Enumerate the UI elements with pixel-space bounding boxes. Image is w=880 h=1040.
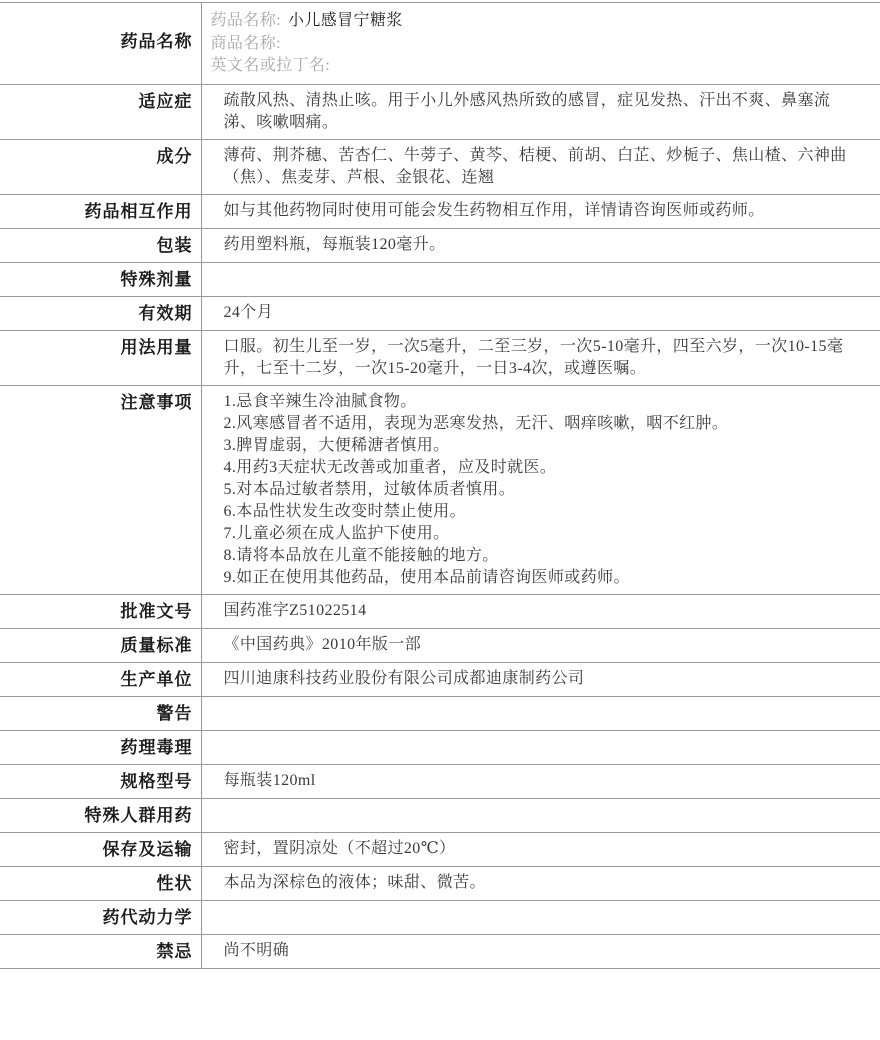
row-value (201, 696, 880, 730)
table-row: 药品名称药品名称:小儿感冒宁糖浆商品名称:英文名或拉丁名: (0, 3, 880, 85)
row-value: 尚不明确 (201, 934, 880, 968)
name-line: 英文名或拉丁名: (211, 55, 861, 78)
table-row: 保存及运输密封，置阴凉处（不超过20℃） (0, 832, 880, 866)
table-row: 警告 (0, 696, 880, 730)
row-value: 24个月 (201, 296, 880, 330)
precaution-line: 2.风寒感冒者不适用，表现为恶寒发热，无汗、咽痒咳嗽，咽不红肿。 (224, 413, 856, 435)
row-label: 特殊人群用药 (0, 798, 201, 832)
table-row: 性状本品为深棕色的液体；味甜、微苦。 (0, 866, 880, 900)
table-row: 有效期24个月 (0, 296, 880, 330)
field-prefix: 药品名称: (211, 12, 281, 29)
precaution-line: 9.如正在使用其他药品，使用本品前请咨询医师或药师。 (224, 567, 856, 589)
row-value: 药用塑料瓶，每瓶装120毫升。 (201, 228, 880, 262)
table-row: 生产单位四川迪康科技药业股份有限公司成都迪康制药公司 (0, 662, 880, 696)
drug-info-table: 药品名称药品名称:小儿感冒宁糖浆商品名称:英文名或拉丁名:适应症疏散风热、清热止… (0, 2, 880, 969)
row-value: 口服。初生儿至一岁，一次5毫升，二至三岁，一次5-10毫升，四至六岁，一次10-… (201, 330, 880, 385)
row-value: 本品为深棕色的液体；味甜、微苦。 (201, 866, 880, 900)
row-value (201, 730, 880, 764)
row-value: 如与其他药物同时使用可能会发生药物相互作用，详情请咨询医师或药师。 (201, 194, 880, 228)
drug-name-value: 小儿感冒宁糖浆 (288, 12, 403, 29)
precaution-line: 5.对本品过敏者禁用，过敏体质者慎用。 (224, 479, 856, 501)
precaution-line: 1.忌食辛辣生冷油腻食物。 (224, 391, 856, 413)
row-label: 性状 (0, 866, 201, 900)
precaution-line: 7.儿童必须在成人监护下使用。 (224, 523, 856, 545)
row-label: 质量标准 (0, 628, 201, 662)
table-row: 注意事项1.忌食辛辣生冷油腻食物。2.风寒感冒者不适用，表现为恶寒发热，无汗、咽… (0, 385, 880, 594)
name-line: 商品名称: (211, 33, 861, 56)
row-label: 药理毒理 (0, 730, 201, 764)
row-label: 注意事项 (0, 385, 201, 594)
row-label: 药品名称 (0, 3, 201, 85)
table-row: 规格型号每瓶装120ml (0, 764, 880, 798)
row-label: 包装 (0, 228, 201, 262)
row-label: 禁忌 (0, 934, 201, 968)
row-value: 《中国药典》2010年版一部 (201, 628, 880, 662)
row-value (201, 262, 880, 296)
row-value: 薄荷、荆芥穗、苦杏仁、牛蒡子、黄芩、桔梗、前胡、白芷、炒栀子、焦山楂、六神曲（焦… (201, 139, 880, 194)
row-label: 有效期 (0, 296, 201, 330)
table-row: 药品相互作用如与其他药物同时使用可能会发生药物相互作用，详情请咨询医师或药师。 (0, 194, 880, 228)
table-row: 批准文号国药准字Z51022514 (0, 594, 880, 628)
row-label: 特殊剂量 (0, 262, 201, 296)
field-prefix: 商品名称: (211, 35, 281, 52)
table-row: 成分薄荷、荆芥穗、苦杏仁、牛蒡子、黄芩、桔梗、前胡、白芷、炒栀子、焦山楂、六神曲… (0, 139, 880, 194)
row-label: 生产单位 (0, 662, 201, 696)
precaution-line: 4.用药3天症状无改善或加重者，应及时就医。 (224, 457, 856, 479)
row-label: 规格型号 (0, 764, 201, 798)
row-value: 药品名称:小儿感冒宁糖浆商品名称:英文名或拉丁名: (201, 3, 880, 85)
row-value: 国药准字Z51022514 (201, 594, 880, 628)
precaution-line: 8.请将本品放在儿童不能接触的地方。 (224, 545, 856, 567)
row-label: 保存及运输 (0, 832, 201, 866)
row-label: 批准文号 (0, 594, 201, 628)
row-label: 成分 (0, 139, 201, 194)
table-row: 质量标准《中国药典》2010年版一部 (0, 628, 880, 662)
drug-info-page: 药品名称药品名称:小儿感冒宁糖浆商品名称:英文名或拉丁名:适应症疏散风热、清热止… (0, 0, 880, 969)
row-value (201, 798, 880, 832)
table-row: 包装药用塑料瓶，每瓶装120毫升。 (0, 228, 880, 262)
row-value: 四川迪康科技药业股份有限公司成都迪康制药公司 (201, 662, 880, 696)
row-label: 警告 (0, 696, 201, 730)
precaution-line: 6.本品性状发生改变时禁止使用。 (224, 501, 856, 523)
table-row: 特殊人群用药 (0, 798, 880, 832)
row-value: 1.忌食辛辣生冷油腻食物。2.风寒感冒者不适用，表现为恶寒发热，无汗、咽痒咳嗽，… (201, 385, 880, 594)
row-value: 疏散风热、清热止咳。用于小儿外感风热所致的感冒，症见发热、汗出不爽、鼻塞流涕、咳… (201, 84, 880, 139)
field-prefix: 英文名或拉丁名: (211, 57, 331, 74)
table-row: 特殊剂量 (0, 262, 880, 296)
table-row: 禁忌尚不明确 (0, 934, 880, 968)
precaution-line: 3.脾胃虚弱，大便稀溏者慎用。 (224, 435, 856, 457)
row-label: 适应症 (0, 84, 201, 139)
row-label: 药代动力学 (0, 900, 201, 934)
table-row: 药代动力学 (0, 900, 880, 934)
row-value: 每瓶装120ml (201, 764, 880, 798)
table-row: 用法用量口服。初生儿至一岁，一次5毫升，二至三岁，一次5-10毫升，四至六岁，一… (0, 330, 880, 385)
row-value (201, 900, 880, 934)
table-row: 药理毒理 (0, 730, 880, 764)
row-label: 药品相互作用 (0, 194, 201, 228)
row-label: 用法用量 (0, 330, 201, 385)
table-row: 适应症疏散风热、清热止咳。用于小儿外感风热所致的感冒，症见发热、汗出不爽、鼻塞流… (0, 84, 880, 139)
row-value: 密封，置阴凉处（不超过20℃） (201, 832, 880, 866)
drug-info-table-body: 药品名称药品名称:小儿感冒宁糖浆商品名称:英文名或拉丁名:适应症疏散风热、清热止… (0, 3, 880, 969)
name-line: 药品名称:小儿感冒宁糖浆 (211, 10, 861, 33)
